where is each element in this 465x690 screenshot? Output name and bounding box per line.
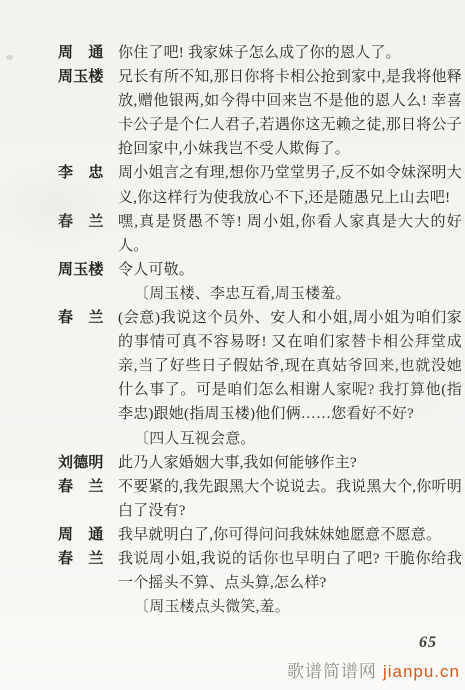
page-number: 65 bbox=[419, 634, 437, 652]
dialogue-entry: 春 兰嘿,真是贤愚不等! 周小姐,你看人家真是大大的好人。 bbox=[58, 210, 462, 258]
dialogue-text: 兄长有所不知,那日你将卡相公抢到家中,是我将他释放,赠他银两,如今得中回来岂不是… bbox=[118, 65, 462, 161]
dialogue-text: 我早就明白了,你可得问问我妹妹她愿意不愿意。 bbox=[118, 523, 462, 547]
dialogue-text: 你住了吧! 我家妹子怎么成了你的恩人了。 bbox=[118, 41, 462, 65]
script-body: 周 通你住了吧! 我家妹子怎么成了你的恩人了。周玉楼兄长有所不知,那日你将卡相公… bbox=[58, 41, 462, 619]
dialogue-text: (会意)我说这个员外、安人和小姐,周小姐为咱们家的事情可真不容易呀! 又在咱们家… bbox=[118, 306, 462, 426]
dialogue-entry: 周 通我早就明白了,你可得问问我妹妹她愿意不愿意。 bbox=[58, 523, 462, 547]
dialogue-entry: 周玉楼令人可敬。 bbox=[58, 258, 462, 282]
speaker-name: 周 通 bbox=[58, 523, 105, 547]
dialogue-text: 不要紧的,我先跟黑大个说说去。我说黑大个,你听明白了没有? bbox=[118, 475, 462, 523]
dialogue-entry: 春 兰我说周小姐,我说的话你也早明白了吧? 干脆你给我一个摇头不算、点头算,怎么… bbox=[58, 547, 462, 595]
watermark-site-url: jianpu.cn bbox=[383, 662, 460, 681]
speaker-name: 春 兰 bbox=[58, 547, 105, 571]
dialogue-text: 令人可敬。 bbox=[118, 258, 462, 282]
dialogue-entry: 春 兰(会意)我说这个员外、安人和小姐,周小姐为咱们家的事情可真不容易呀! 又在… bbox=[58, 306, 462, 426]
watermark-site-name: 歌谱简谱网 bbox=[287, 662, 377, 681]
speaker-name: 周玉楼 bbox=[58, 258, 105, 282]
watermark: 歌谱简谱网jianpu.cn bbox=[287, 657, 460, 682]
dialogue-text: 我说周小姐,我说的话你也早明白了吧? 干脆你给我一个摇头不算、点头算,怎么样? bbox=[118, 547, 462, 595]
dialogue-entry: 周 通你住了吧! 我家妹子怎么成了你的恩人了。 bbox=[58, 41, 462, 65]
dialogue-entry: 周玉楼兄长有所不知,那日你将卡相公抢到家中,是我将他释放,赠他银两,如今得中回来… bbox=[58, 65, 462, 161]
speaker-name: 李 忠 bbox=[58, 161, 105, 185]
speaker-name: 周 通 bbox=[58, 41, 105, 65]
speaker-name: 周玉楼 bbox=[58, 65, 105, 89]
speaker-name: 春 兰 bbox=[58, 475, 105, 499]
dialogue-entry: 刘德明此乃人家婚姻大事,我如何能够作主? bbox=[58, 451, 462, 475]
stage-direction: 〔周玉楼点头微笑,羞。 bbox=[134, 595, 462, 619]
speaker-name: 春 兰 bbox=[58, 210, 105, 234]
speaker-name: 春 兰 bbox=[58, 306, 105, 330]
dialogue-text: 此乃人家婚姻大事,我如何能够作主? bbox=[118, 451, 462, 475]
scanned-script-page: 周 通你住了吧! 我家妹子怎么成了你的恩人了。周玉楼兄长有所不知,那日你将卡相公… bbox=[0, 0, 465, 690]
stage-direction: 〔周玉楼、李忠互看,周玉楼羞。 bbox=[134, 282, 462, 306]
dialogue-text: 嘿,真是贤愚不等! 周小姐,你看人家真是大大的好人。 bbox=[118, 210, 462, 258]
stage-direction: 〔四人互视会意。 bbox=[134, 427, 462, 451]
dialogue-entry: 春 兰不要紧的,我先跟黑大个说说去。我说黑大个,你听明白了没有? bbox=[58, 475, 462, 523]
speaker-name: 刘德明 bbox=[58, 451, 105, 475]
dialogue-entry: 李 忠周小姐言之有理,想你乃堂堂男子,反不如令妹深明大义,你这样行为使我放心不下… bbox=[58, 161, 462, 209]
dialogue-text: 周小姐言之有理,想你乃堂堂男子,反不如令妹深明大义,你这样行为使我放心不下,还是… bbox=[118, 161, 462, 209]
scan-speck bbox=[6, 55, 13, 60]
